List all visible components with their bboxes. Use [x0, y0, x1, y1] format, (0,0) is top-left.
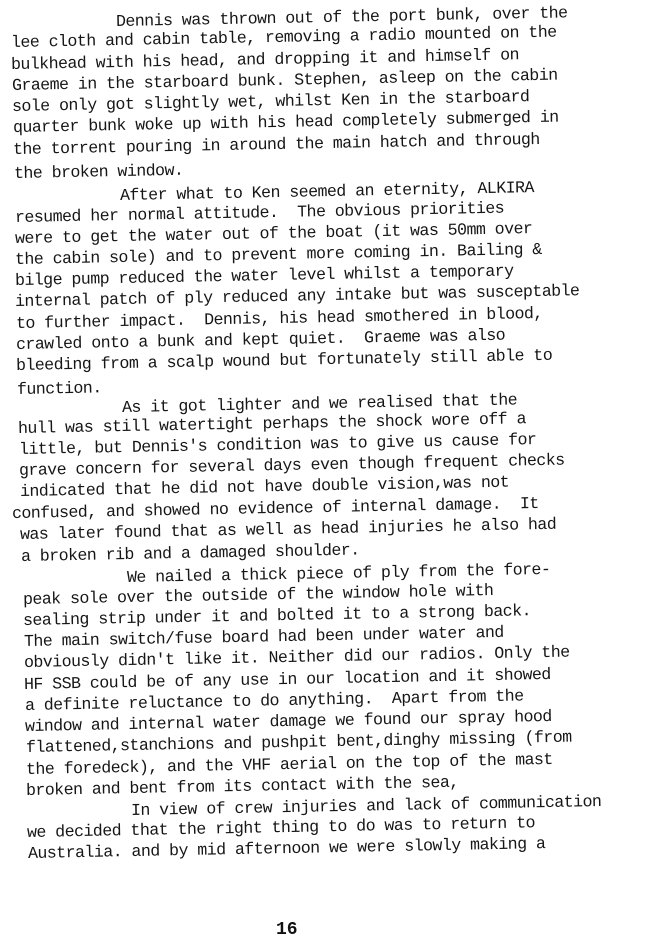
text-line: function. — [17, 378, 102, 400]
text-line: the broken window. — [14, 161, 184, 184]
page-number: 16 — [276, 920, 298, 940]
document-page: Dennis was thrown out of the port bunk, … — [0, 0, 665, 943]
text-line: a broken rib and a damaged shoulder. — [21, 540, 360, 566]
